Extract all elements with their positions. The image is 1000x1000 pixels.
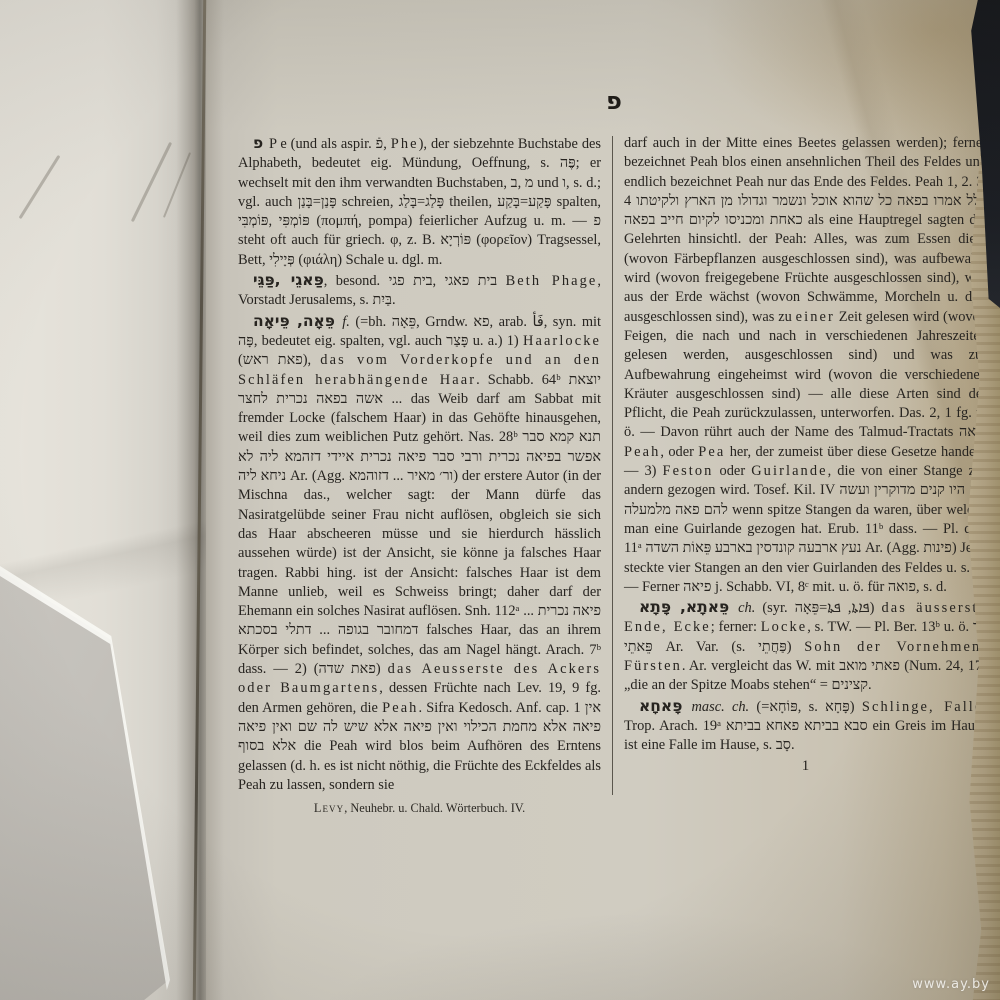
running-footer: Levy, Neuhebr. u. Chald. Wörterbuch. IV. [238, 801, 601, 816]
column-divider-rule [612, 136, 613, 795]
entry-pacha: פָּאחָא masc. ch. (=פּוֹחָא, s. פָּחָא) … [624, 697, 987, 756]
footer-author: Levy [314, 801, 344, 815]
dictionary-page: פ פ P e (und als aspir. פֿ, Phe), der si… [206, 0, 1000, 1000]
entry-peah-continuation: darf auch in der Mitte eines Beetes gela… [624, 134, 987, 597]
left-column: פ P e (und als aspir. פֿ, Phe), der sieb… [238, 134, 601, 795]
page-content: פ פ P e (und als aspir. פֿ, Phe), der si… [238, 84, 990, 816]
entry-pe-letter: פ P e (und als aspir. פֿ, Phe), der sieb… [238, 134, 601, 270]
pencil-mark [163, 152, 191, 218]
entry-peatha: פֵּאתָא, פָּתָא ch. (syr. ܦܐܬܐ, ܦܬܐ=פֵּא… [624, 598, 987, 695]
section-letter-pe: פ [238, 84, 990, 134]
footer-title: , Neuhebr. u. Chald. Wörterbuch. IV. [344, 801, 525, 815]
entry-peah: פֵּאָה, פֵּיאָה f. (=bh. פֵּאָה, Grndw. … [238, 312, 601, 795]
pencil-mark [19, 155, 61, 219]
facing-blank-page [0, 0, 206, 1000]
watermark: www.ay.by [912, 977, 990, 992]
folded-page-corner [0, 0, 206, 1000]
two-column-text: פ P e (und als aspir. פֿ, Phe), der sieb… [238, 134, 990, 795]
entry-pagei: פַּאגֵי ,פַּגֵּי, besond. בית פאגי ,בית … [238, 271, 601, 311]
page-number: 1 [624, 757, 987, 776]
right-column: darf auch in der Mitte eines Beetes gela… [624, 134, 987, 795]
book-page-photo: פ פ P e (und als aspir. פֿ, Phe), der si… [0, 0, 1000, 1000]
